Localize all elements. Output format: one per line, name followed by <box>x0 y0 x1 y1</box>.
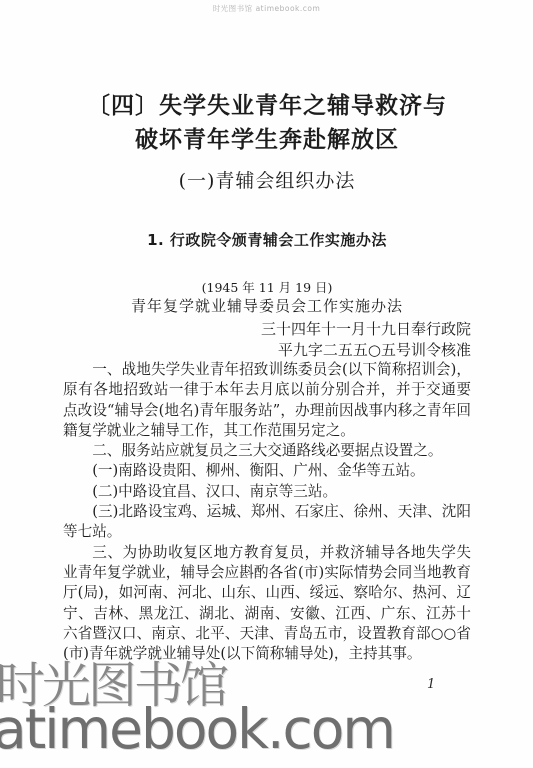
chapter-title-line2: 破坏青年学生奔赴解放区 <box>63 123 471 157</box>
document-date: (1945 年 11 月 19 日) <box>63 280 471 295</box>
paragraph-6: 三、为协助收复区地方教育复员，并救济辅导各地失学失业青年复学就业，辅导会应斟酌各… <box>63 543 471 665</box>
page-number: 1 <box>427 677 435 692</box>
paragraph-1: 一、战地失学失业青年招致训练委员会(以下简称招训会)，原有各地招致站一律于本年去… <box>63 360 471 441</box>
paragraph-2: 二、服务站应就复员之三大交通路线必要据点设置之。 <box>63 441 471 461</box>
section-heading: 1. 行政院令颁青辅会工作实施办法 <box>63 230 471 250</box>
bottom-watermark-url: atimebook.com <box>0 701 394 759</box>
approval-block: 三十四年十一月十九日奉行政院 平九字二五五○五号训令核准 <box>63 319 471 361</box>
approval-line1: 三十四年十一月十九日奉行政院 <box>63 319 471 340</box>
document-body: 一、战地失学失业青年招致训练委员会(以下简称招训会)，原有各地招致站一律于本年去… <box>63 360 471 664</box>
approval-line2: 平九字二五五○五号训令核准 <box>63 340 471 361</box>
paragraph-5-item-north: (三)北路设宝鸡、运城、郑州、石家庄、徐州、天津、沈阳等七站。 <box>63 502 471 543</box>
chapter-title-line1: 〔四〕失学失业青年之辅导救济与 <box>63 89 471 123</box>
chapter-title: 〔四〕失学失业青年之辅导救济与 破坏青年学生奔赴解放区 <box>63 89 471 157</box>
top-watermark: 时光图书馆 atimebook.com <box>0 3 533 14</box>
chapter-subtitle: (一)青辅会组织办法 <box>63 169 471 193</box>
paragraph-4-item-middle: (二)中路设宜昌、汉口、南京等三站。 <box>63 482 471 502</box>
document-title: 青年复学就业辅导委员会工作实施办法 <box>63 297 471 316</box>
scanned-book-page: 时光图书馆 atimebook.com 〔四〕失学失业青年之辅导救济与 破坏青年… <box>0 0 533 768</box>
paragraph-3-item-south: (一)南路设贵阳、柳州、衡阳、广州、金华等五站。 <box>63 461 471 481</box>
